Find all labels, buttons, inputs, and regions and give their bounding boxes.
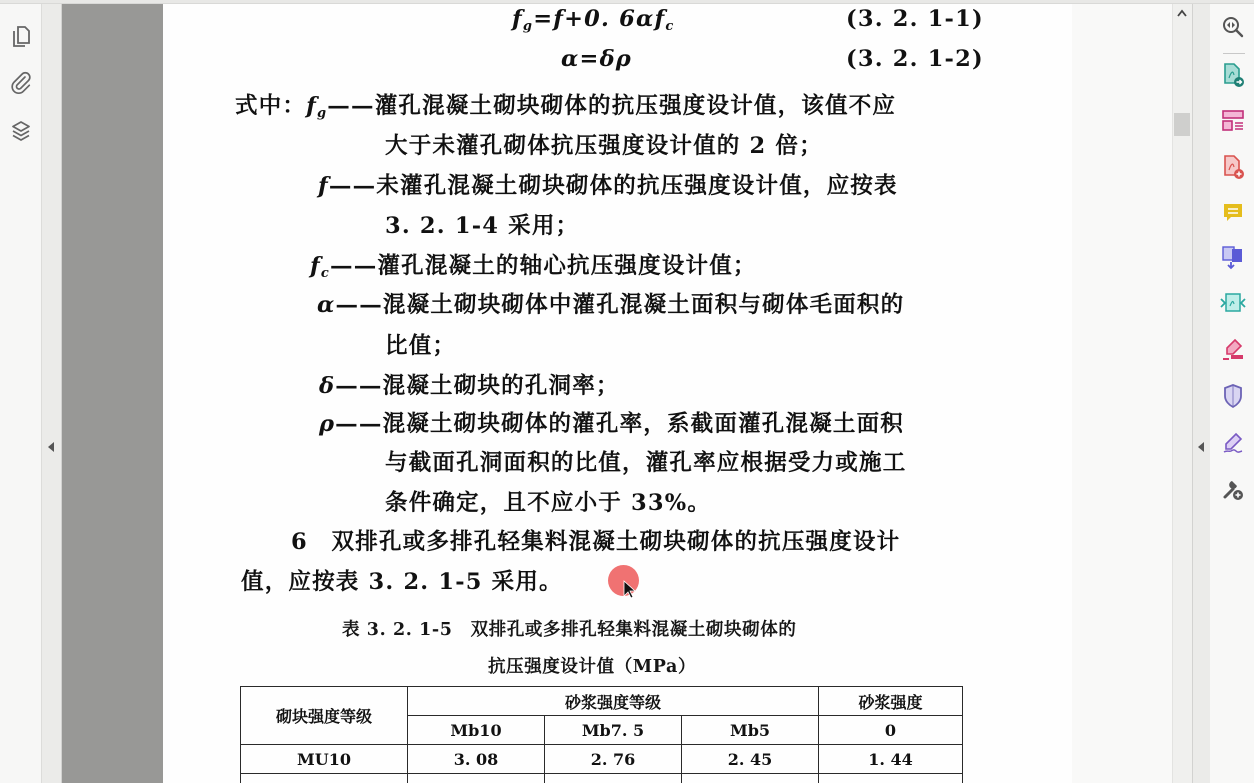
header-mortar-strength: 砂浆强度: [819, 687, 963, 716]
cell-empty: [545, 774, 682, 783]
cell-empty: [819, 774, 963, 783]
cell-value: 2. 76: [545, 745, 682, 774]
compress-pdf-icon[interactable]: [1220, 290, 1246, 316]
subheader-mb7-5: Mb7. 5: [545, 716, 682, 745]
vertical-scrollbar[interactable]: [1172, 4, 1192, 783]
definition-delta: δ——混凝土砌块的孔洞率；: [319, 368, 620, 400]
cell-value: 2. 45: [682, 745, 819, 774]
definition-fg-line2: 大于未灌孔砌体抗压强度设计值的 2 倍；: [385, 128, 823, 160]
zoom-search-icon[interactable]: [1220, 14, 1246, 40]
header-mortar-grade: 砂浆强度等级: [408, 687, 819, 716]
cell-empty: [408, 774, 545, 783]
redact-icon[interactable]: [1220, 336, 1246, 362]
right-tools-rail: [1210, 4, 1254, 783]
strength-table: 砌块强度等级 砂浆强度等级 砂浆强度 Mb10 Mb7. 5 Mb5 0 MU1…: [240, 686, 963, 783]
organize-pages-icon[interactable]: [1220, 108, 1246, 134]
table-row: [241, 774, 963, 783]
header-block-grade: 砌块强度等级: [241, 687, 408, 745]
scrollbar-thumb[interactable]: [1174, 113, 1190, 136]
mouse-pointer-icon: [623, 580, 637, 600]
subheader-mb10: Mb10: [408, 716, 545, 745]
definition-fg: 式中：fg——灌孔混凝土砌块砌体的抗压强度设计值，该值不应: [235, 88, 896, 121]
collapse-right-arrow-icon[interactable]: [1198, 442, 1204, 452]
create-pdf-icon[interactable]: [1220, 154, 1246, 180]
table-row: MU10 3. 08 2. 76 2. 45 1. 44: [241, 745, 963, 774]
definition-f-line2: 3. 2. 1-4 采用；: [385, 208, 579, 240]
equation-2-number: (3. 2. 1-2): [846, 46, 984, 72]
comment-icon[interactable]: [1220, 200, 1246, 226]
attachment-icon[interactable]: [8, 70, 34, 96]
cell-value: 3. 08: [408, 745, 545, 774]
definition-f: f——未灌孔混凝土砌块砌体的抗压强度设计值，应按表: [318, 168, 898, 200]
collapse-left-arrow-icon[interactable]: [48, 442, 54, 452]
canvas-right-margin: [1072, 4, 1172, 783]
export-pdf-icon[interactable]: [1220, 62, 1246, 88]
cell-grade: MU10: [241, 745, 408, 774]
definition-alpha-line2: 比值；: [385, 328, 456, 360]
subheader-zero: 0: [819, 716, 963, 745]
definition-alpha: α——混凝土砌块砌体中灌孔混凝土面积与砌体毛面积的: [317, 287, 904, 319]
definition-rho-line2: 与截面孔洞面积的比值，灌孔率应根据受力或施工: [385, 445, 906, 477]
definition-fc: fc——灌孔混凝土的轴心抗压强度设计值；: [310, 248, 757, 281]
combine-files-icon[interactable]: [1220, 245, 1246, 271]
scroll-up-chevron-icon[interactable]: [1177, 9, 1187, 17]
equation-1-number: (3. 2. 1-1): [846, 6, 984, 32]
rail-separator: [1223, 53, 1245, 54]
definition-rho-line3: 条件确定，且不应小于 33%。: [385, 485, 711, 517]
left-panel-collapse-strip[interactable]: [42, 4, 62, 783]
protect-icon[interactable]: [1220, 383, 1246, 409]
table-caption-line2: 抗压强度设计值（MPa）: [488, 653, 696, 678]
pages-icon[interactable]: [8, 24, 34, 50]
equation-2: α=δρ: [561, 46, 632, 72]
definition-rho: ρ——混凝土砌块砌体的灌孔率，系截面灌孔混凝土面积: [319, 406, 904, 438]
subheader-mb5: Mb5: [682, 716, 819, 745]
cell-empty: [682, 774, 819, 783]
more-tools-icon[interactable]: [1220, 476, 1246, 502]
cell-value: 1. 44: [819, 745, 963, 774]
left-navigation-rail: [0, 4, 42, 783]
fill-sign-icon[interactable]: [1220, 430, 1246, 456]
layers-icon[interactable]: [8, 118, 34, 144]
right-panel-collapse-strip[interactable]: [1192, 4, 1211, 783]
paragraph-6-line1: 6 双排孔或多排孔轻集料混凝土砌块砌体的抗压强度设计: [291, 524, 900, 556]
paragraph-6-line2: 值，应按表 3. 2. 1-5 采用。: [241, 564, 563, 596]
cell-empty: [241, 774, 408, 783]
document-canvas: fg=f+0. 6αfc (3. 2. 1-1) α=δρ (3. 2. 1-2…: [62, 4, 1172, 783]
equation-1: fg=f+0. 6αfc: [512, 6, 674, 34]
table-caption-line1: 表 3. 2. 1-5 双排孔或多排孔轻集料混凝土砌块砌体的: [342, 616, 796, 641]
pdf-page: fg=f+0. 6αfc (3. 2. 1-1) α=δρ (3. 2. 1-2…: [163, 4, 1072, 783]
